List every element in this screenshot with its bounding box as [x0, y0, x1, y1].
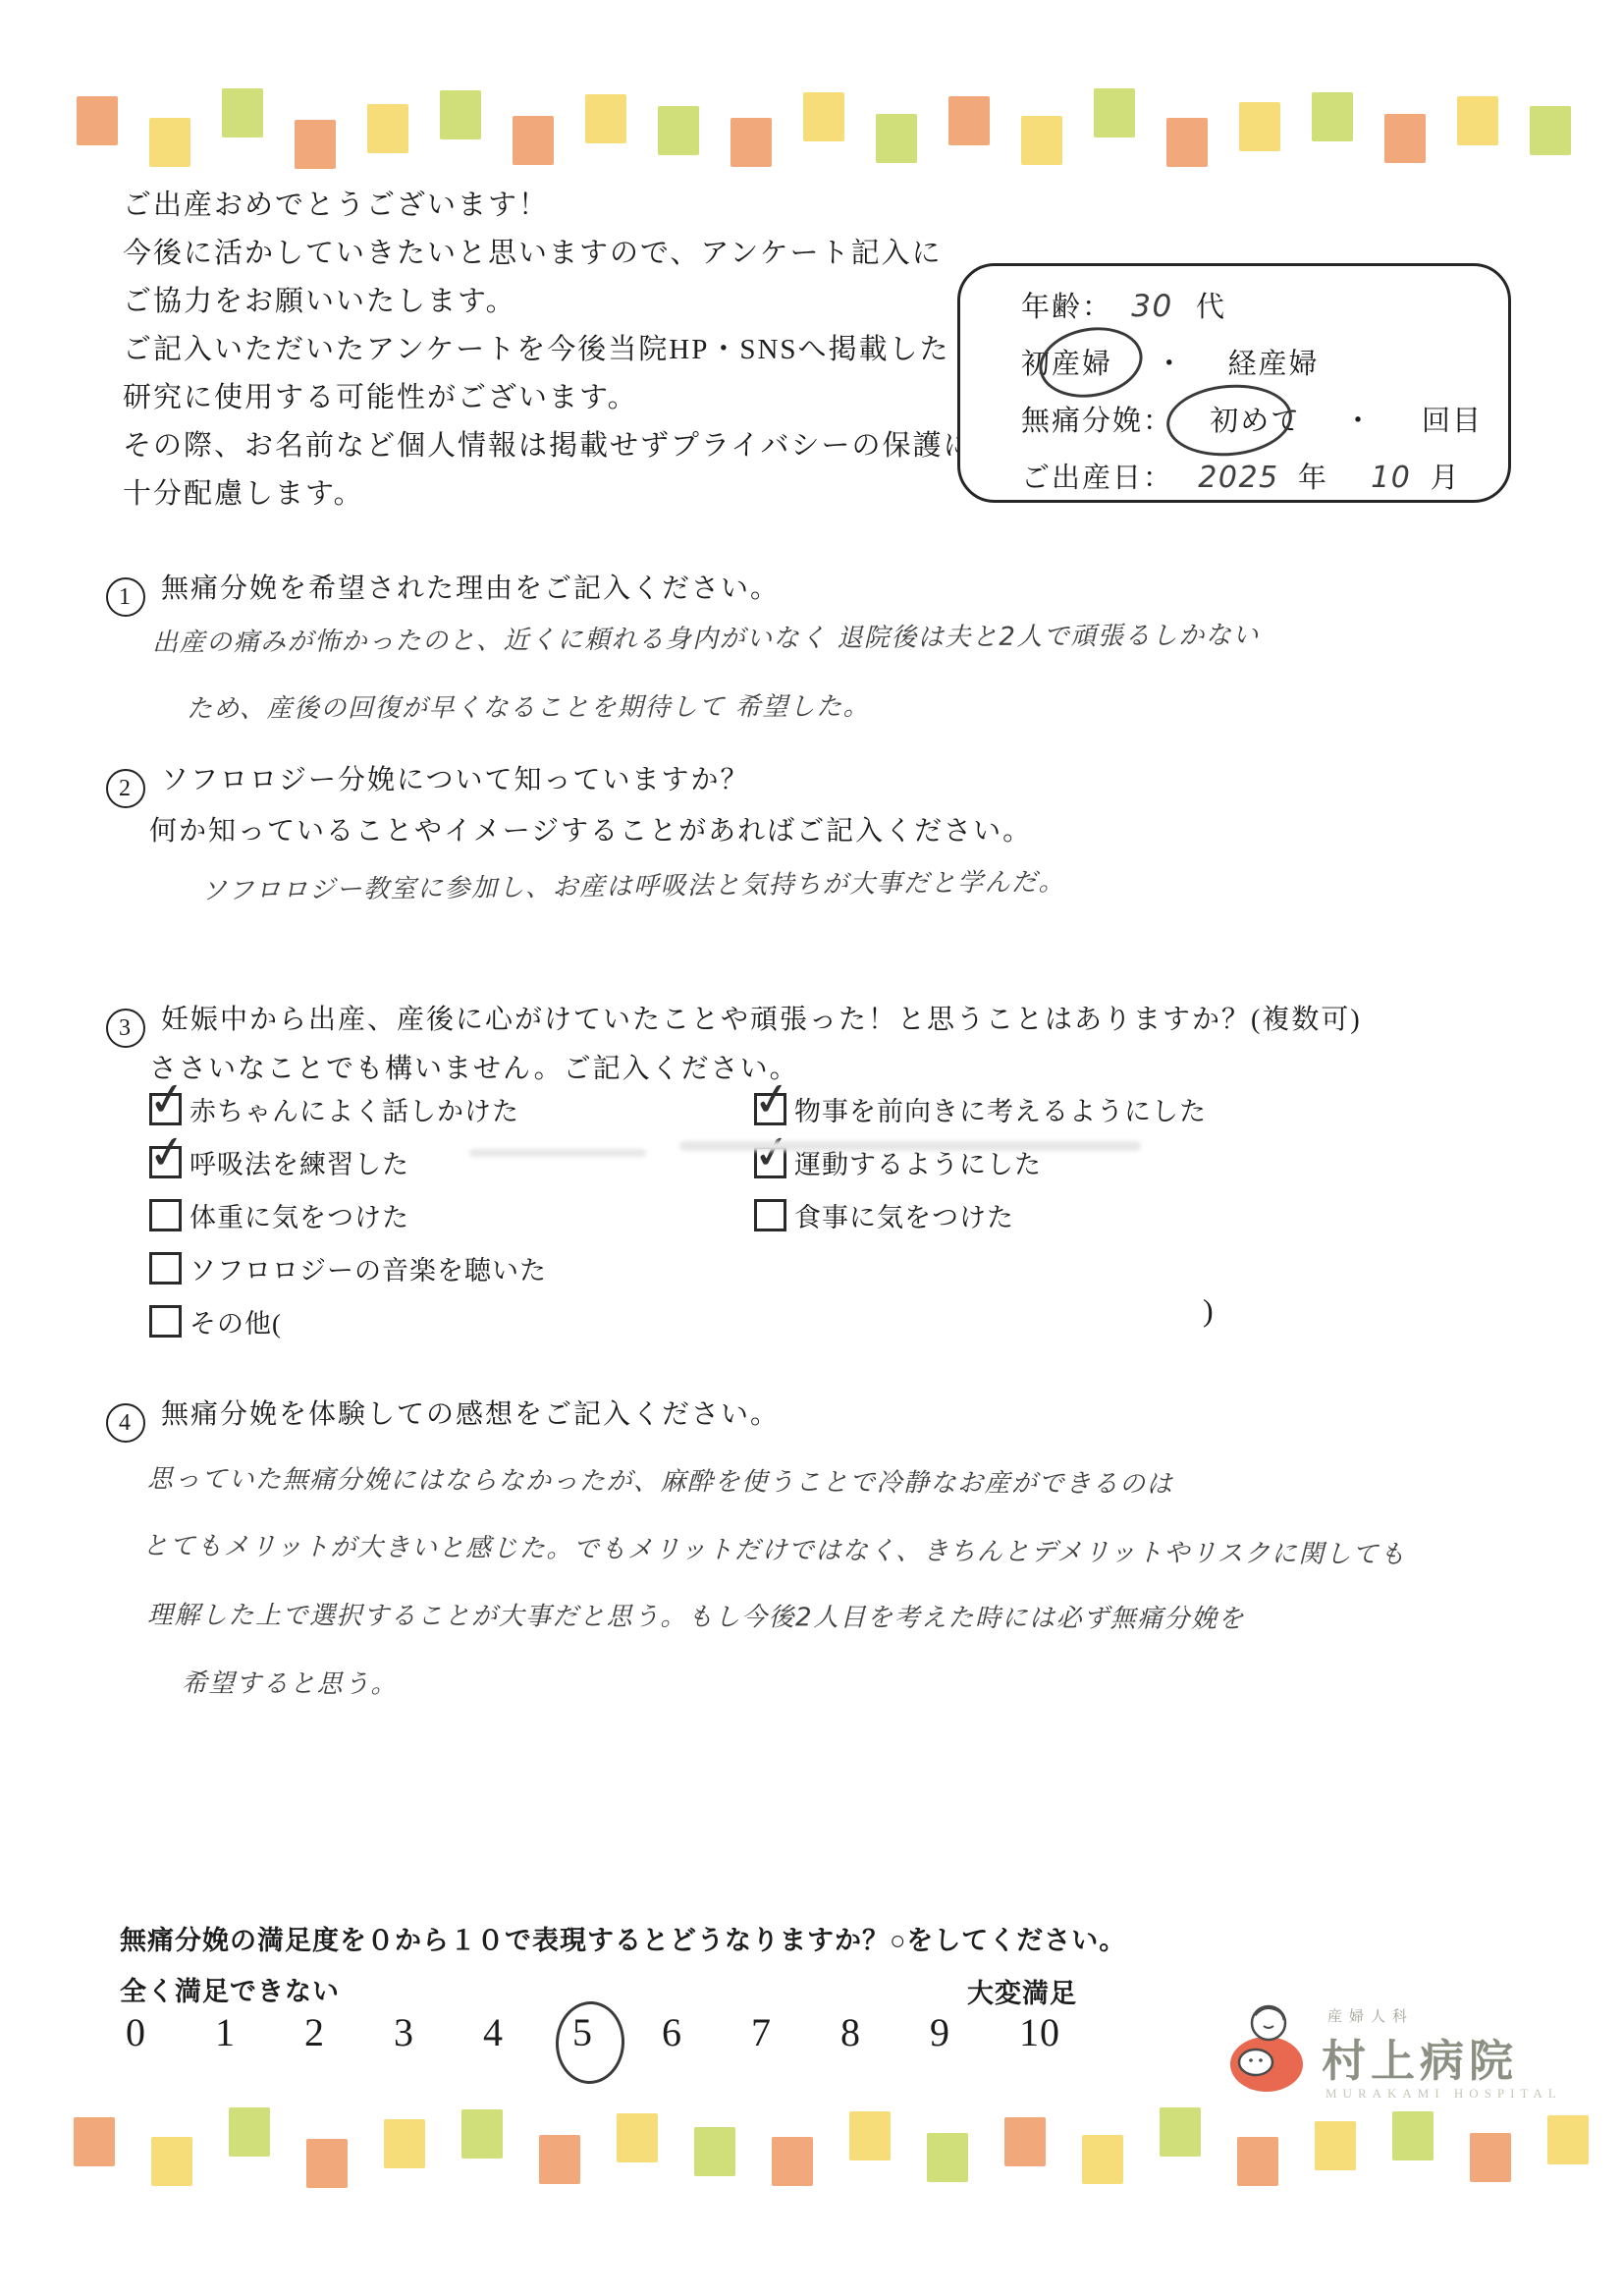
intro-line: 十分配慮します。: [123, 471, 364, 512]
decor-square: [1237, 2137, 1278, 2186]
decor-square: [367, 104, 408, 153]
question3-subtitle: ささいなことでも構いません。ご記入ください。: [149, 1047, 799, 1086]
birth-year-handwritten: 2025: [1198, 461, 1278, 495]
question2-subtitle: 何か知っていることやイメージすることがあればご記入ください。: [149, 809, 1032, 848]
scale-number-4[interactable]: 4: [483, 2009, 504, 2055]
scale-number-6[interactable]: 6: [662, 2009, 682, 2055]
decor-square: [617, 2113, 658, 2162]
checkbox-label: 赤ちゃんによく話しかけた: [189, 1097, 519, 1126]
age-label: 年齢：: [1021, 292, 1112, 323]
handwritten-answer-line: 希望すると思う。: [182, 1663, 398, 1700]
birth-label: ご出産日：: [1021, 463, 1173, 494]
scale-number-8[interactable]: 8: [840, 2009, 861, 2055]
checkbox-label: その他(: [189, 1309, 282, 1339]
checkbox-item[interactable]: その他(: [149, 1302, 282, 1340]
checkbox-item[interactable]: 体重に気をつけた: [149, 1196, 409, 1234]
decor-square: [876, 114, 917, 163]
checkbox-item[interactable]: ✓呼吸法を練習した: [149, 1143, 409, 1181]
intro-line: ご協力をお願いいたします。: [123, 279, 516, 319]
decor-square: [1239, 102, 1280, 151]
checkbox-item[interactable]: ✓物事を前向きに考えるようにした: [754, 1090, 1207, 1128]
hospital-name: 村上病院: [1322, 2025, 1518, 2089]
decor-square: [1312, 92, 1353, 141]
scale-number-0[interactable]: 0: [126, 2009, 146, 2055]
question3-title: 3妊娠中から出産、産後に心がけていたことや頑張った！と思うことはありますか？(複…: [106, 998, 1362, 1048]
checkbox-label: 食事に気をつけた: [794, 1203, 1014, 1232]
birth-year-unit: 年: [1298, 463, 1328, 494]
other-close-paren: ): [1203, 1292, 1214, 1329]
hospital-dept-label: 産婦人科: [1327, 2005, 1414, 2026]
decor-square: [1082, 2135, 1123, 2184]
epidural-label: 無痛分娩：: [1021, 406, 1173, 437]
decor-square: [1315, 2121, 1356, 2170]
checkbox-item[interactable]: ✓赤ちゃんによく話しかけた: [149, 1090, 519, 1128]
decor-square: [151, 2137, 192, 2186]
decor-square: [694, 2127, 735, 2176]
decor-square: [803, 92, 844, 141]
survey-page: ご出産おめでとうございます！今後に活かしていきたいと思いますので、アンケート記入…: [0, 0, 1623, 2296]
decor-square: [1166, 118, 1208, 167]
checkbox[interactable]: [149, 1199, 182, 1231]
satisfaction-low-label: 全く満足できない: [120, 1970, 340, 2008]
handwritten-answer-line: ソフロロジー教室に参加し、お産は呼吸法と気持ちが大事だと学んだ。: [201, 861, 1065, 906]
parity-separator: ・: [1155, 349, 1185, 380]
decor-square: [585, 94, 626, 143]
decor-square: [772, 2137, 813, 2186]
checkbox-label: 体重に気をつけた: [189, 1203, 409, 1232]
checkmark-icon: ✓: [749, 1070, 795, 1128]
decor-square: [77, 96, 118, 145]
handwritten-answer-line: 出産の痛みが怖かったのと、近くに頼れる身内がいなく 退院後は夫と2人で頑張るしか…: [152, 615, 1260, 659]
checkbox[interactable]: [754, 1199, 786, 1231]
checkbox-item[interactable]: 食事に気をつけた: [754, 1196, 1014, 1234]
age-unit: 代: [1196, 292, 1226, 323]
decor-square: [74, 2117, 115, 2166]
question3-number: 3: [106, 1009, 145, 1048]
decor-square: [1457, 96, 1498, 145]
question1-title: 1無痛分娩を希望された理由をご記入ください。: [106, 567, 780, 617]
checkmark-icon: ✓: [144, 1123, 190, 1181]
age-value-handwritten: 30: [1131, 289, 1172, 324]
satisfaction-prompt: 無痛分娩の満足度を０から１０で表現するとどうなりますか？○をしてください。: [120, 1919, 1126, 1957]
decor-square: [306, 2139, 348, 2188]
birth-month-handwritten: 10: [1371, 461, 1411, 495]
epidural-separator: ・: [1344, 406, 1375, 437]
decor-square: [1094, 88, 1135, 137]
checkmark-icon: ✓: [144, 1070, 190, 1128]
question1-number: 1: [106, 577, 145, 617]
scan-streak: [679, 1141, 1141, 1151]
checkbox[interactable]: ✓: [149, 1093, 182, 1125]
handwritten-circle-score: [554, 1999, 626, 2086]
scale-number-10[interactable]: 10: [1019, 2009, 1060, 2055]
checkmark-icon: ✓: [749, 1123, 795, 1181]
checkbox[interactable]: [149, 1305, 182, 1338]
hospital-name-romaji: MURAKAMI HOSPITAL: [1325, 2086, 1562, 2102]
decor-square: [384, 2119, 425, 2168]
info-birthdate-row: ご出産日： 2025 年 10 月: [1021, 456, 1461, 496]
decor-square: [539, 2135, 580, 2184]
intro-line: その際、お名前など個人情報は掲載せずプライバシーの保護に: [123, 423, 974, 464]
birth-month-unit: 月: [1431, 463, 1461, 494]
decor-square: [1392, 2111, 1434, 2160]
scale-number-2[interactable]: 2: [304, 2009, 325, 2055]
question4-title: 4無痛分娩を体験しての感想をご記入ください。: [106, 1393, 780, 1443]
scale-number-9[interactable]: 9: [930, 2009, 950, 2055]
intro-line: ご出産おめでとうございます！: [123, 183, 549, 223]
decor-square: [730, 118, 772, 167]
decor-square: [222, 88, 263, 137]
decor-square: [229, 2107, 270, 2157]
intro-line: 今後に活かしていきたいと思いますので、アンケート記入に: [123, 231, 943, 271]
info-age-row: 年齢： 30 代: [1021, 285, 1226, 325]
intro-line: 研究に使用する可能性がございます。: [123, 375, 638, 415]
satisfaction-high-label: 大変満足: [967, 1972, 1077, 2010]
hospital-logo-icon: [1216, 1999, 1314, 2098]
scale-number-7[interactable]: 7: [751, 2009, 772, 2055]
question2-number: 2: [106, 769, 145, 808]
decor-square: [849, 2111, 891, 2160]
question2-title: 2ソフロロジー分娩について知っていますか？: [106, 758, 749, 808]
decor-square: [1547, 2115, 1589, 2164]
decor-square: [440, 90, 481, 139]
checkbox[interactable]: ✓: [149, 1146, 182, 1178]
checkbox-label: 呼吸法を練習した: [189, 1150, 409, 1179]
checkbox[interactable]: ✓: [754, 1093, 786, 1125]
checkbox-label: 物事を前向きに考えるようにした: [794, 1097, 1207, 1126]
question4-number: 4: [106, 1403, 145, 1443]
scale-number-3[interactable]: 3: [394, 2009, 414, 2055]
decor-square: [658, 106, 699, 155]
decor-square: [461, 2109, 503, 2159]
decor-square: [513, 116, 554, 165]
decor-square: [927, 2133, 968, 2182]
epidural-count-suffix: 回目: [1422, 399, 1483, 439]
scale-number-1[interactable]: 1: [215, 2009, 236, 2055]
checkbox-label: ソフロロジーの音楽を聴いた: [189, 1256, 547, 1285]
handwritten-answer-line: とてもメリットが大きいと感じた。でもメリットだけではなく、きちんとデメリットやリ…: [142, 1526, 1407, 1571]
decor-square: [1021, 116, 1062, 165]
checkbox[interactable]: [149, 1252, 182, 1285]
handwritten-answer-line: 思っていた無痛分娩にはならなかったが、麻酔を使うことで冷静なお産ができるのは: [147, 1458, 1173, 1500]
decor-square: [149, 118, 190, 167]
decor-square: [948, 96, 990, 145]
decor-square: [1004, 2117, 1046, 2166]
decor-square: [1530, 106, 1571, 155]
decor-square: [295, 120, 336, 169]
handwritten-answer-line: ため、産後の回復が早くなることを期待して 希望した。: [187, 686, 870, 725]
parity-option-multi[interactable]: 経産婦: [1228, 349, 1320, 380]
checkbox-item[interactable]: ソフロロジーの音楽を聴いた: [149, 1249, 547, 1287]
scan-streak: [469, 1149, 646, 1157]
checkbox-label: 運動するようにした: [794, 1150, 1042, 1179]
handwritten-answer-line: 理解した上で選択することが大事だと思う。もし今後2人目を考えた時には必ず無痛分娩…: [147, 1595, 1245, 1635]
decor-square: [1384, 114, 1426, 163]
decor-square: [1160, 2107, 1201, 2157]
intro-line: ご記入いただいたアンケートを今後当院HP・SNSへ掲載したり: [123, 327, 981, 367]
decor-square: [1470, 2133, 1511, 2182]
